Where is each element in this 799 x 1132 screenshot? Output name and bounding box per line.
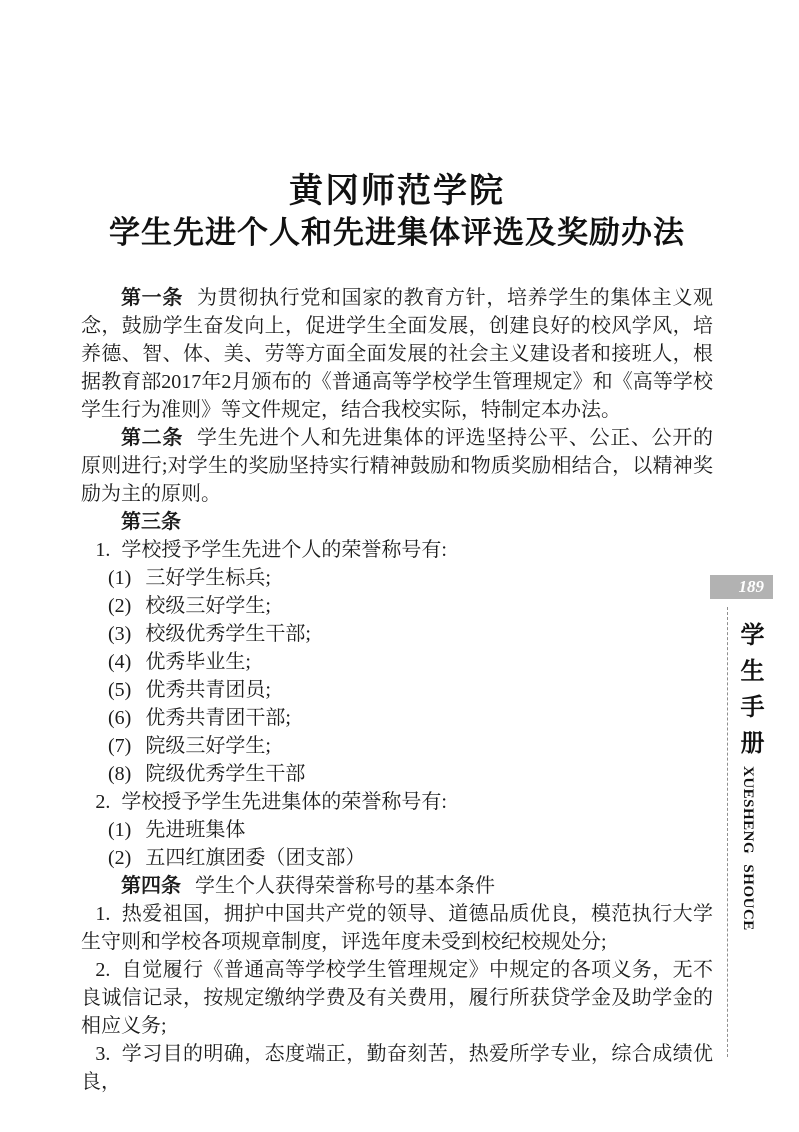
sidebar-subtitle-vertical: XUESHENG SHOUCE (739, 766, 756, 931)
sub-item: (2)校级三好学生; (81, 592, 713, 620)
document-title-line1: 黄冈师范学院 (81, 172, 713, 212)
body-blocks: 第一条为贯彻执行党和国家的教育方针，培养学生的集体主义观念，鼓励学生奋发向上，促… (81, 284, 713, 1096)
sub-item: (5)优秀共青团员; (81, 676, 713, 704)
sub-item: (8)院级优秀学生干部 (81, 760, 713, 788)
item-marker: 2. (95, 959, 110, 981)
sub-item: (7)院级三好学生; (81, 732, 713, 760)
item-marker: (8) (108, 763, 131, 785)
numbered-item: 1.热爱祖国，拥护中国共产党的领导、道德品质优良，模范执行大学生守则和学校各项规… (81, 900, 713, 956)
page-number-badge: 189 (710, 575, 773, 599)
article-label: 第四条 (121, 875, 181, 897)
handbook-page: 黄冈师范学院 学生先进个人和先进集体评选及奖励办法 第一条为贯彻执行党和国家的教… (0, 0, 799, 1132)
numbered-item: 2.学校授予学生先进集体的荣誉称号有: (81, 788, 713, 816)
article-paragraph: 第四条学生个人获得荣誉称号的基本条件 (81, 872, 713, 900)
sidebar-title-vertical: 学生手册 (732, 622, 767, 766)
item-marker: (6) (108, 707, 131, 729)
item-marker: (1) (108, 567, 131, 589)
item-marker: 1. (95, 903, 110, 925)
item-marker: 1. (95, 539, 110, 561)
document-body: 黄冈师范学院 学生先进个人和先进集体评选及奖励办法 第一条为贯彻执行党和国家的教… (81, 0, 713, 1096)
article-paragraph: 第一条为贯彻执行党和国家的教育方针，培养学生的集体主义观念，鼓励学生奋发向上，促… (81, 284, 713, 424)
sub-item: (3)校级优秀学生干部; (81, 620, 713, 648)
item-marker: 2. (95, 791, 110, 813)
item-marker: (4) (108, 651, 131, 673)
article-paragraph: 第二条学生先进个人和先进集体的评选坚持公平、公正、公开的原则进行;对学生的奖励坚… (81, 424, 713, 508)
item-marker: (3) (108, 623, 131, 645)
sidebar-dashed-rule (727, 607, 728, 1057)
sub-item: (1)先进班集体 (81, 816, 713, 844)
sub-item: (2)五四红旗团委（团支部） (81, 844, 713, 872)
item-marker: (5) (108, 679, 131, 701)
item-marker: (1) (108, 819, 131, 841)
item-marker: (2) (108, 595, 131, 617)
article-paragraph: 第三条 (81, 508, 713, 536)
numbered-item: 3.学习目的明确，态度端正，勤奋刻苦，热爱所学专业，综合成绩优良， (81, 1040, 713, 1096)
sub-item: (1)三好学生标兵; (81, 564, 713, 592)
article-label: 第一条 (121, 287, 183, 309)
numbered-item: 1.学校授予学生先进个人的荣誉称号有: (81, 536, 713, 564)
sub-item: (6)优秀共青团干部; (81, 704, 713, 732)
item-marker: (2) (108, 847, 131, 869)
article-label: 第二条 (121, 427, 183, 449)
item-marker: 3. (95, 1043, 110, 1065)
item-marker: (7) (108, 735, 131, 757)
numbered-item: 2.自觉履行《普通高等学校学生管理规定》中规定的各项义务，无不良诚信记录，按规定… (81, 956, 713, 1040)
document-title-line2: 学生先进个人和先进集体评选及奖励办法 (81, 212, 713, 254)
sub-item: (4)优秀毕业生; (81, 648, 713, 676)
article-label: 第三条 (121, 511, 181, 533)
